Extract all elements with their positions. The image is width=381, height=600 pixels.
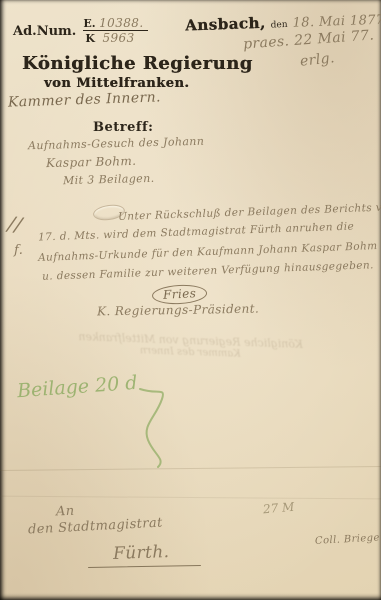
margin-mark-f: f. [14, 243, 23, 258]
subject-line-3: Mit 3 Beilagen. [63, 172, 155, 187]
margin-mark-double-slash: // [6, 211, 23, 237]
paper-crease [0, 466, 381, 471]
authority-name-line2: von Mittelfranken. [44, 76, 189, 91]
body-line-4: u. dessen Familie zur weiteren Verfügung… [42, 259, 374, 283]
reference-top-letter: E. [83, 17, 95, 30]
dateline-place: Ansbach, [185, 14, 266, 35]
reference-bottom-letter: K [85, 32, 95, 45]
chamber-line: Kammer des Innern. [8, 89, 161, 110]
address-recipient: den Stadtmagistrat [28, 515, 163, 537]
green-flourish-stroke [128, 385, 178, 470]
address-underline [88, 565, 201, 568]
address-to: An [56, 504, 75, 520]
signer-title: K. Regierungs-Präsident. [97, 302, 259, 319]
document-scan: Ad.Num. E. 10388. K 5963 Ansbach, den 18… [0, 0, 381, 600]
subject-label: Betreff: [93, 120, 153, 135]
bleedthrough-band: Königliche Regierung von Mittelfranken K… [0, 327, 381, 364]
authority-name-line1: Königliche Regierung [22, 53, 253, 74]
subject-line-2: Kaspar Bohm. [46, 154, 137, 170]
reference-top-number: 10388. [99, 16, 143, 30]
address-city: Fürth. [113, 542, 170, 564]
reference-bottom-number: 5963 [102, 31, 134, 45]
body-line-2: 17. d. Mts. wird dem Stadtmagistrat Fürt… [38, 220, 354, 243]
disposal-note: erlg. [299, 50, 335, 70]
reference-block: Ad.Num. E. 10388. K 5963 [13, 16, 148, 45]
reference-label: Ad.Num. [13, 24, 76, 39]
green-registry-note: Beilage 20 d [16, 372, 138, 402]
paper-crease-2 [0, 496, 381, 500]
body-line-1: Unter Rückschluß der Beilagen des Berich… [118, 201, 381, 223]
subject-line-1: Aufnahms-Gesuch des Johann [28, 135, 205, 153]
collation-signature: Coll. Brieger [315, 532, 381, 547]
dateline-den: den [271, 20, 288, 31]
pencil-folio-note: 27 M [262, 500, 294, 517]
